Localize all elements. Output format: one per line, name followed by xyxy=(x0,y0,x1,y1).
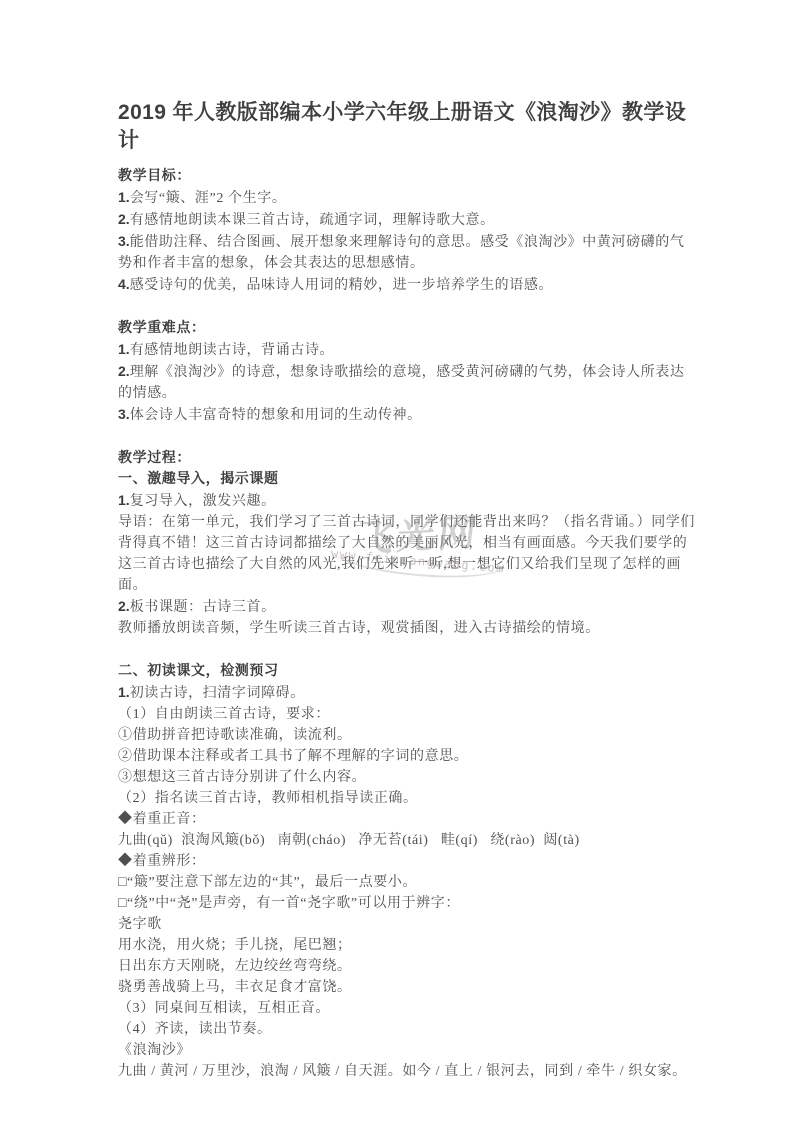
list-number: 1. xyxy=(118,189,130,205)
paragraph-line: 1.有感情地朗读古诗，背诵古诗。 xyxy=(118,339,697,361)
list-number: 2. xyxy=(118,598,130,614)
paragraph-line: ②借助课本注释或者工具书了解不理解的字词的意思。 xyxy=(118,746,697,767)
paragraph-text: 一、激趣导入，揭示课题 xyxy=(118,472,279,487)
paragraph-text: （4）齐读，读出节奏。 xyxy=(118,1022,272,1037)
paragraph-line: 骁勇善战骑上马，丰衣足食才富饶。 xyxy=(118,977,697,998)
section-heading: 教学目标： xyxy=(118,166,697,187)
paragraph-text: 教师播放朗读音频，学生听读三首古诗，观赏插图，进入古诗描绘的情境。 xyxy=(118,621,600,636)
paragraph-text: 能借助注释、结合图画、展开想象来理解诗句的意思。感受《浪淘沙》中黄河磅礴的气势和… xyxy=(118,235,685,271)
paragraph-line: 日出东方天刚晓，左边绞丝弯弯绕。 xyxy=(118,956,697,977)
list-number: 4. xyxy=(118,276,130,292)
paragraph-line: 1.复习导入，激发兴趣。 xyxy=(118,490,697,512)
list-number: 1. xyxy=(118,492,130,508)
paragraph-text: 感受诗句的优美，品味诗人用词的精妙，进一步培养学生的语感。 xyxy=(130,278,553,293)
paragraph-text: 体会诗人丰富奇特的想象和用词的生动传神。 xyxy=(130,408,422,423)
document-title: 2019 年人教版部编本小学六年级上册语文《浪淘沙》教学设计 xyxy=(118,99,697,155)
list-number: 1. xyxy=(118,341,130,357)
paragraph-text: 有感情地朗读古诗，背诵古诗。 xyxy=(130,343,334,358)
paragraph-text: 骁勇善战骑上马，丰衣足食才富饶。 xyxy=(118,980,352,995)
paragraph-text: 教学目标： xyxy=(118,169,191,184)
list-number: 3. xyxy=(118,406,130,422)
paragraph-text: 会写“簸、涯”2 个生字。 xyxy=(130,191,287,206)
list-number: 2. xyxy=(118,363,130,379)
paragraph-line: 1.会写“簸、涯”2 个生字。 xyxy=(118,187,697,209)
paragraph-text: □“簸”要注意下部左边的“其”，最后一点要小。 xyxy=(118,875,417,890)
paragraph-text: 《浪淘沙》 xyxy=(118,1043,191,1058)
paragraph-text: ◆着重正音： xyxy=(118,812,206,827)
paragraph-text: ②借助课本注释或者工具书了解不理解的字词的意思。 xyxy=(118,749,468,764)
paragraph-text: 二、初读课文，检测预习 xyxy=(118,664,279,679)
list-number: 2. xyxy=(118,211,130,227)
section-heading: 教学重难点： xyxy=(118,318,697,339)
paragraph-text: 日出东方天刚晓，左边绞丝弯弯绕。 xyxy=(118,959,352,974)
paragraph-line: （2）指名读三首古诗，教师相机指导读正确。 xyxy=(118,788,697,809)
paragraph-line: 九曲(qǔ) 浪淘风簸(bǒ) 南朝(cháo) 净无苔(tái) 畦(qí) … xyxy=(118,830,697,851)
paragraph-line: ③想想这三首古诗分别讲了什么内容。 xyxy=(118,767,697,788)
paragraph-text: ①借助拼音把诗歌读准确，读流利。 xyxy=(118,728,352,743)
paragraph-text: （1）自由朗读三首古诗，要求： xyxy=(118,707,330,722)
document-page: 2019 年人教版部编本小学六年级上册语文《浪淘沙》教学设计 教学目标：1.会写… xyxy=(0,0,793,1122)
section-heading: 二、初读课文，检测预习 xyxy=(118,661,697,682)
paragraph-line: （1）自由朗读三首古诗，要求： xyxy=(118,704,697,725)
paragraph-text: 导语：在第一单元，我们学习了三首古诗词，同学们还能背出来吗？（指名背诵。）同学们… xyxy=(118,515,695,593)
paragraph-text: 板书课题：古诗三首。 xyxy=(130,600,276,615)
paragraph-text: （2）指名读三首古诗，教师相机指导读正确。 xyxy=(118,791,418,806)
paragraph-text: 教学过程： xyxy=(118,451,191,466)
document-body: 教学目标：1.会写“簸、涯”2 个生字。2.有感情地朗读本课三首古诗，疏通字词，… xyxy=(118,166,697,1082)
paragraph-text: ◆着重辨形： xyxy=(118,854,206,869)
paragraph-text: □“绕”中“尧”是声旁，有一首“尧字歌”可以用于辨字： xyxy=(118,896,460,911)
paragraph-text: 复习导入，激发兴趣。 xyxy=(130,494,276,509)
paragraph-text: （3）同桌间互相读，互相正音。 xyxy=(118,1001,330,1016)
paragraph-line: ◆着重辨形： xyxy=(118,851,697,872)
paragraph-line: 2.理解《浪淘沙》的诗意，想象诗歌描绘的意境，感受黄河磅礴的气势，体会诗人所表达… xyxy=(118,361,697,404)
paragraph-text: 有感情地朗读本课三首古诗，疏通字词，理解诗歌大意。 xyxy=(130,213,495,228)
paragraph-text: 理解《浪淘沙》的诗意，想象诗歌描绘的意境，感受黄河磅礴的气势，体会诗人所表达的情… xyxy=(118,365,685,401)
paragraph-line: 2.板书课题：古诗三首。 xyxy=(118,596,697,618)
paragraph-text: 九曲 / 黄河 / 万里沙，浪淘 / 风簸 / 自天涯。如今 / 直上 / 银河… xyxy=(118,1064,687,1079)
paragraph-text: 用水浇，用火烧；手儿挠，尾巴翘； xyxy=(118,938,352,953)
paragraph-line: 用水浇，用火烧；手儿挠，尾巴翘； xyxy=(118,935,697,956)
paragraph-line: （3）同桌间互相读，互相正音。 xyxy=(118,998,697,1019)
paragraph-line: ◆着重正音： xyxy=(118,809,697,830)
paragraph-line: 《浪淘沙》 xyxy=(118,1040,697,1061)
section-heading: 一、激趣导入，揭示课题 xyxy=(118,469,697,490)
paragraph-line: □“绕”中“尧”是声旁，有一首“尧字歌”可以用于辨字： xyxy=(118,893,697,914)
list-number: 3. xyxy=(118,233,130,249)
paragraph-text: 九曲(qǔ) 浪淘风簸(bǒ) 南朝(cháo) 净无苔(tái) 畦(qí) … xyxy=(118,833,580,848)
paragraph-line: 3.体会诗人丰富奇特的想象和用词的生动传神。 xyxy=(118,404,697,426)
paragraph-line: 尧字歌 xyxy=(118,914,697,935)
paragraph-text: 尧字歌 xyxy=(118,917,162,932)
paragraph-line: 九曲 / 黄河 / 万里沙，浪淘 / 风簸 / 自天涯。如今 / 直上 / 银河… xyxy=(118,1061,697,1082)
paragraph-line: □“簸”要注意下部左边的“其”，最后一点要小。 xyxy=(118,872,697,893)
paragraph-line: 4.感受诗句的优美，品味诗人用词的精妙，进一步培养学生的语感。 xyxy=(118,274,697,296)
paragraph-text: 教学重难点： xyxy=(118,321,206,336)
section-heading: 教学过程： xyxy=(118,448,697,469)
paragraph-text: ③想想这三首古诗分别讲了什么内容。 xyxy=(118,770,366,785)
paragraph-line: ①借助拼音把诗歌读准确，读流利。 xyxy=(118,725,697,746)
paragraph-line: 教师播放朗读音频，学生听读三首古诗，观赏插图，进入古诗描绘的情境。 xyxy=(118,618,697,639)
list-number: 1. xyxy=(118,684,130,700)
paragraph-line: 导语：在第一单元，我们学习了三首古诗词，同学们还能背出来吗？（指名背诵。）同学们… xyxy=(118,512,697,596)
paragraph-line: 2.有感情地朗读本课三首古诗，疏通字词，理解诗歌大意。 xyxy=(118,209,697,231)
paragraph-line: （4）齐读，读出节奏。 xyxy=(118,1019,697,1040)
paragraph-line: 3.能借助注释、结合图画、展开想象来理解诗句的意思。感受《浪淘沙》中黄河磅礴的气… xyxy=(118,231,697,274)
paragraph-text: 初读古诗，扫清字词障碍。 xyxy=(130,686,305,701)
paragraph-line: 1.初读古诗，扫清字词障碍。 xyxy=(118,682,697,704)
